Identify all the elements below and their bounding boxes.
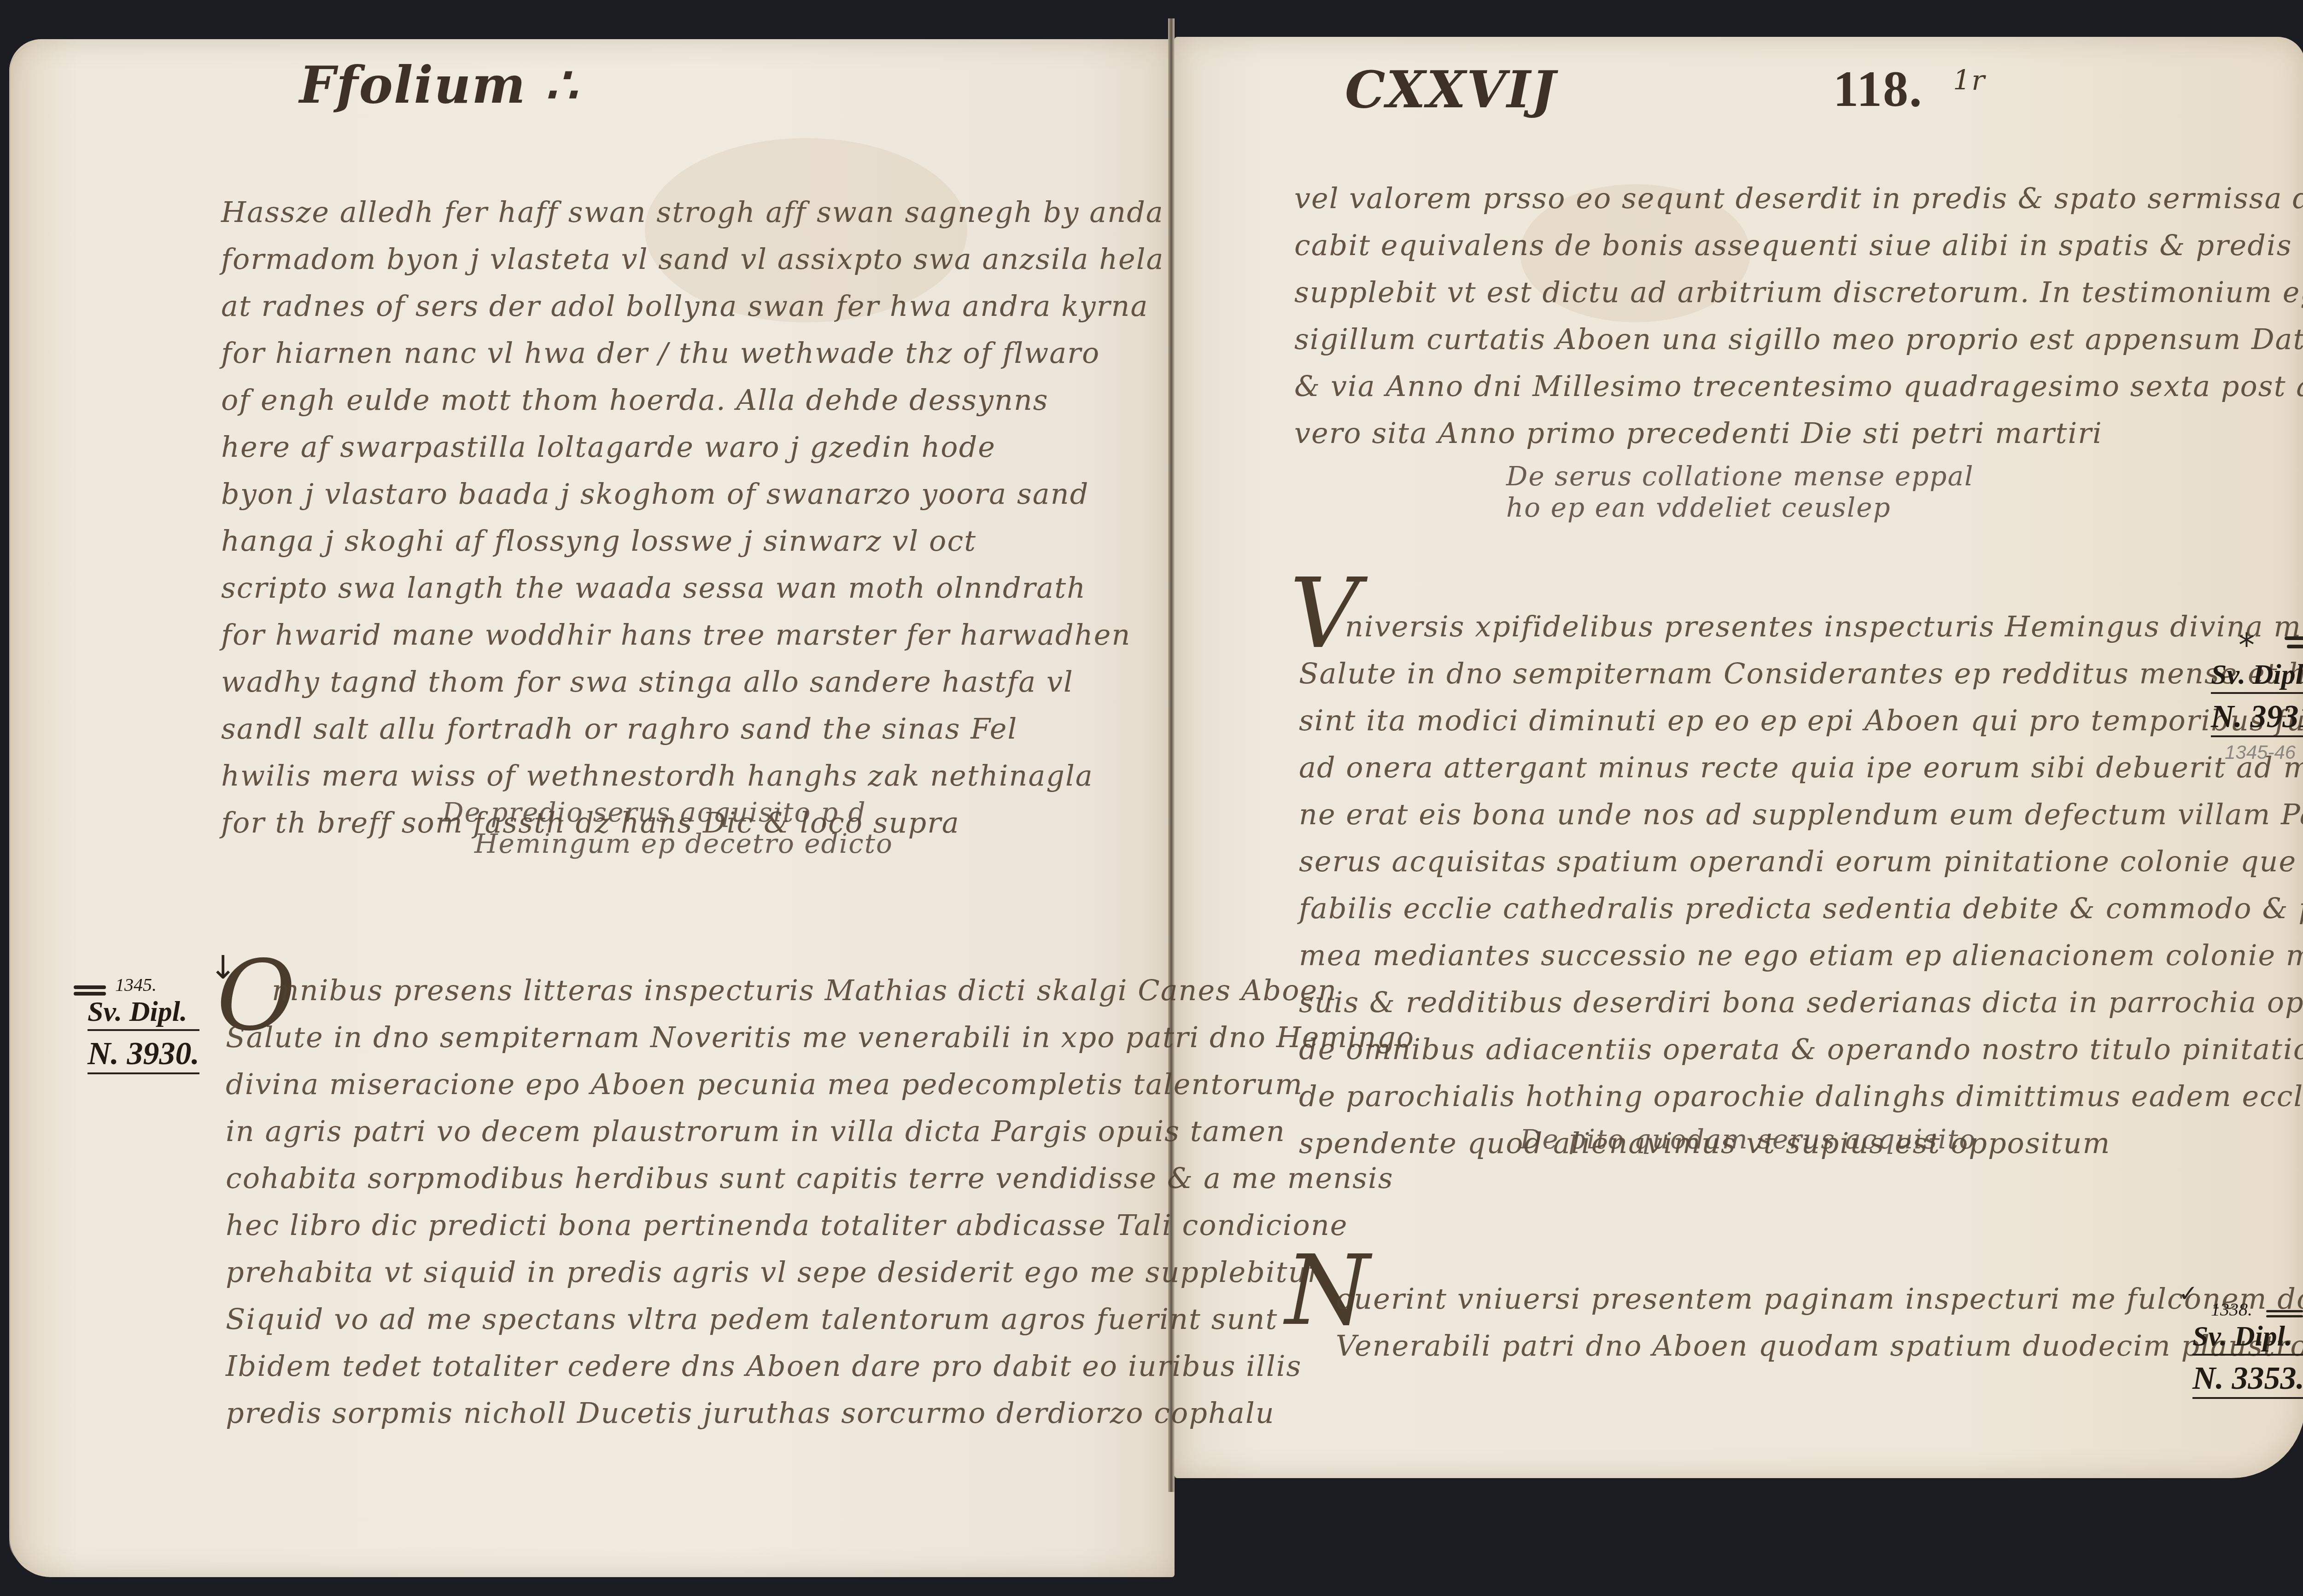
text-line: suis & redditibus deserdiri bona sederia… — [1299, 979, 2303, 1026]
double-dash-mark — [2266, 1310, 2303, 1312]
text-line: ne erat eis bona unde nos ad supplendum … — [1299, 791, 2303, 838]
text-line: de parochialis hothing oparochie dalingh… — [1299, 1073, 2303, 1120]
text-line: for hwarid mane woddhir hans tree marste… — [221, 612, 1164, 658]
text-line: mea mediantes successio ne ego etiam ep … — [1299, 932, 2303, 979]
rubric-line: De serus collatione mense eppal — [1506, 460, 1974, 492]
text-line: mnibus presens litteras inspecturis Math… — [272, 967, 1461, 1014]
text-line: sigillum curtatis Aboen una sigillo meo … — [1294, 316, 2303, 363]
text-line: of engh eulde mott thom hoerda. Alla deh… — [221, 377, 1164, 424]
text-line: cohabita sorpmodibus herdibus sunt capit… — [226, 1155, 1415, 1202]
text-line: & via Anno dni Millesimo trecentesimo qu… — [1294, 363, 2303, 410]
text-line: at radnes of sers der adol bollyna swan … — [221, 283, 1164, 330]
check-mark-icon: ↓ — [210, 949, 237, 986]
text-line: sint ita modici diminuti ep eo ep epi Ab… — [1299, 697, 2303, 744]
text-line: fabilis ecclie cathedralis predicta sede… — [1299, 885, 2303, 932]
text-line: Ibidem tedet totaliter cedere dns Aboen … — [226, 1343, 1415, 1390]
text-line: divina miseracione epo Aboen pecunia mea… — [226, 1061, 1415, 1108]
archive-year: 1345. — [115, 974, 199, 996]
left-text-block-2: mnibus presens litteras inspecturis Math… — [272, 967, 1461, 1437]
text-line: vel valorem prsso eo sequnt deserdit in … — [1294, 175, 2303, 222]
right-text-block-3: ouerint vniuersi presentem paginam inspe… — [1336, 1276, 2303, 1369]
text-line: hanga j skoghi af flossyng losswe j sinw… — [221, 518, 1164, 565]
text-line: byon j vlastaro baada j skoghom of swana… — [221, 471, 1164, 518]
text-line: Salute in dno sempiternam Considerantes … — [1299, 650, 2303, 697]
text-line: here af swarpastilla loltagarde waro j g… — [221, 424, 1164, 471]
pencil-date-note: 1345-46 — [2225, 741, 2296, 763]
text-line: for hiarnen nanc vl hwa der / thu wethwa… — [221, 330, 1164, 377]
text-line: Venerabili patri dno Aboen quodam spatiu… — [1336, 1322, 2303, 1369]
text-line: formadom byon j vlasteta vl sand vl assi… — [221, 236, 1164, 283]
archive-collection: Sv. Dipl. — [2192, 1320, 2303, 1356]
text-line: predis sorpmis nicholl Ducetis juruthas … — [226, 1390, 1415, 1437]
text-line: hwilis mera wiss of wethnestordh hanghs … — [221, 752, 1164, 799]
archive-number: N. 3353. — [2192, 1360, 2303, 1399]
text-line: hec libro dic predicti bona pertinenda t… — [226, 1202, 1415, 1249]
text-line: niversis xpifidelibus presentes inspectu… — [1345, 603, 2303, 650]
rubric-line: ho ep ean vddeliet ceuslep — [1506, 492, 1974, 523]
double-dash-mark — [2285, 636, 2303, 640]
text-line: wadhy tagnd thom for swa stinga allo san… — [221, 658, 1164, 705]
archive-note-3931: Sv. Dipl. N. 3931. — [2211, 658, 2303, 737]
archive-note-3353: 1338. Sv. Dipl. N. 3353. — [2192, 1299, 2303, 1399]
rubric-line: De pito quodam serus acquisito — [1520, 1124, 1976, 1155]
text-line: Siquid vo ad me spectans vltra pedem tal… — [226, 1296, 1415, 1343]
text-line: de omnibus adiacentiis operata & operand… — [1299, 1026, 2303, 1073]
folio-number: 118. — [1833, 60, 1923, 118]
left-page-header: Ffolium ∴ — [299, 55, 578, 115]
text-line: serus acquisitas spatium operandi eorum … — [1299, 838, 2303, 885]
rubric-line: Hemingum ep decetro edicto — [474, 828, 899, 859]
text-line: in agris patri vo decem plaustrorum in v… — [226, 1108, 1415, 1155]
text-line: scripto swa langth the waada sessa wan m… — [221, 565, 1164, 612]
right-text-block-1: vel valorem prsso eo sequnt deserdit in … — [1294, 175, 2303, 457]
folio-roman-numeral: CXXVIJ — [1345, 60, 1556, 119]
text-line: prehabita vt siquid in predis agris vl s… — [226, 1249, 1415, 1296]
text-line: sandl salt allu fortradh or raghro sand … — [221, 705, 1164, 752]
double-dash-mark — [2266, 1315, 2303, 1317]
double-dash-mark — [2287, 645, 2303, 648]
left-rubric: De predio serus acquisito p d Hemingum e… — [442, 797, 866, 859]
text-line: vero sita Anno primo precedenti Die sti … — [1294, 410, 2303, 457]
rubric-line: De predio serus acquisito p d — [442, 797, 866, 828]
text-line: supplebit vt est dictu ad arbitrium disc… — [1294, 269, 2303, 316]
archive-note-3930: 1345. Sv. Dipl. N. 3930. — [88, 974, 199, 1074]
archive-number: N. 3930. — [88, 1036, 199, 1074]
archive-collection: Sv. Dipl. — [88, 996, 199, 1031]
archive-number: N. 3931. — [2211, 699, 2303, 737]
left-text-block-1: Hassze alledh fer haff swan strogh aff s… — [221, 189, 1164, 846]
text-line: cabit equivalens de bonis assequenti siu… — [1294, 222, 2303, 269]
text-line: Hassze alledh fer haff swan strogh aff s… — [221, 189, 1164, 236]
text-line: ouerint vniuersi presentem paginam inspe… — [1336, 1276, 2303, 1322]
right-text-block-2: niversis xpifidelibus presentes inspectu… — [1345, 603, 2303, 1167]
left-page-edge — [9, 46, 34, 1566]
text-line: ad onera attergant minus recte quia ipe … — [1299, 744, 2303, 791]
right-rubric-1: De serus collatione mense eppal ho ep ea… — [1506, 460, 1974, 523]
text-line: Salute in dno sempiternam Noveritis me v… — [226, 1014, 1415, 1061]
folio-mark: 1r — [1953, 64, 1986, 97]
right-rubric-2: De pito quodam serus acquisito — [1520, 1124, 1976, 1155]
archive-collection: Sv. Dipl. — [2211, 658, 2303, 694]
